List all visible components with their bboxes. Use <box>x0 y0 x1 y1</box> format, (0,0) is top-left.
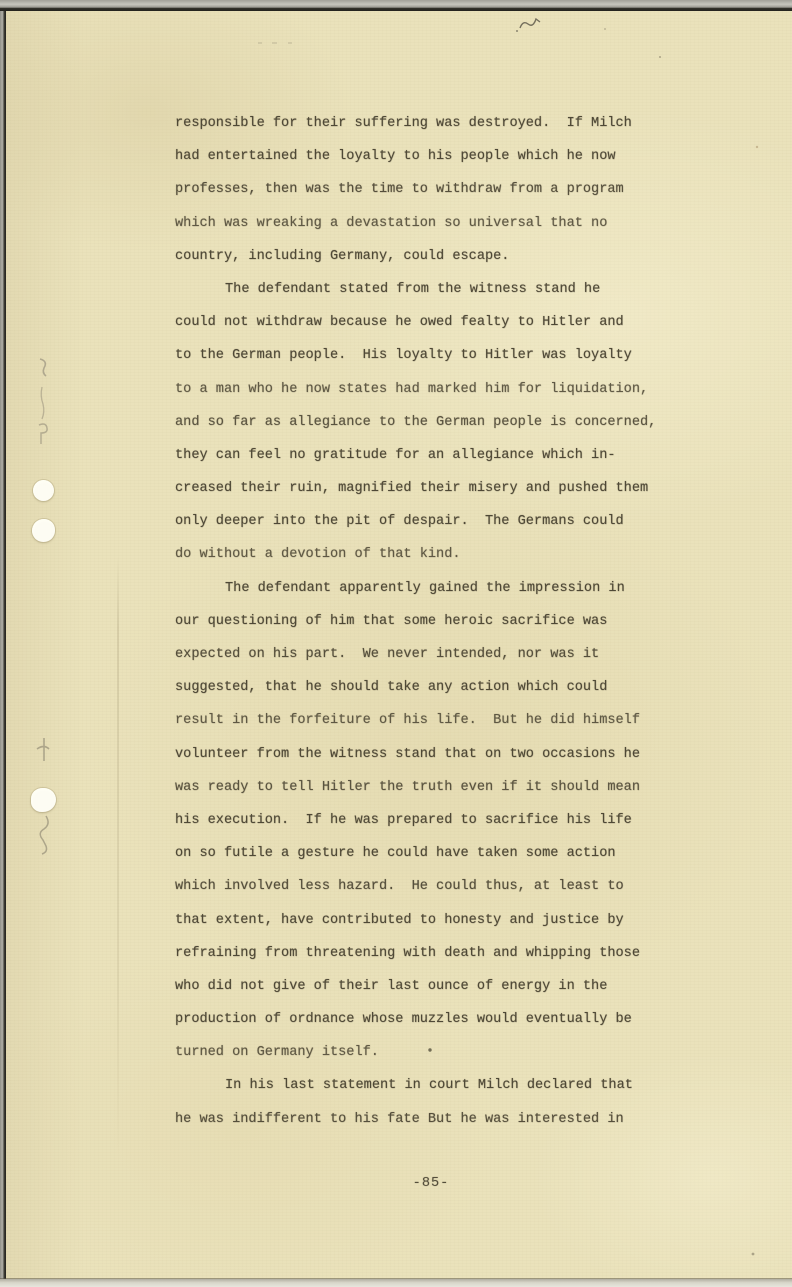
text-line: In his last statement in court Milch dec… <box>175 1069 695 1102</box>
text-line: The defendant stated from the witness st… <box>175 273 695 306</box>
margin-mark-a <box>40 359 46 376</box>
text-line: which was wreaking a devastation so univ… <box>175 207 695 240</box>
scan-edge-left <box>0 0 6 1287</box>
text-line: The defendant apparently gained the impr… <box>175 572 695 605</box>
text-line: he was indifferent to his fate But he wa… <box>175 1103 695 1136</box>
margin-mark-c <box>39 424 47 444</box>
text-line: who did not give of their last ounce of … <box>175 970 695 1003</box>
text-line: turned on Germany itself. <box>175 1036 695 1069</box>
text-line: our questioning of him that some heroic … <box>175 605 695 638</box>
punch-hole-middle <box>32 519 55 542</box>
text-line: expected on his part. We never intended,… <box>175 638 695 671</box>
text-line: result in the forfeiture of his life. Bu… <box>175 704 695 737</box>
text-line: production of ordnance whose muzzles wou… <box>175 1003 695 1036</box>
text-line: his execution. If he was prepared to sac… <box>175 804 695 837</box>
paper-sheet: responsible for their suffering was dest… <box>6 11 792 1279</box>
text-line: on so futile a gesture he could have tak… <box>175 837 695 870</box>
text-line: could not withdraw because he owed fealt… <box>175 306 695 339</box>
text-line: that extent, have contributed to honesty… <box>175 904 695 937</box>
text-line: they can feel no gratitude for an allegi… <box>175 439 695 472</box>
punch-hole-top <box>33 480 54 501</box>
margin-mark-d <box>37 738 49 761</box>
scan-edge-top <box>0 0 792 11</box>
scan-edge-bottom <box>0 1279 792 1287</box>
text-line: responsible for their suffering was dest… <box>175 107 695 140</box>
pencil-squiggle-top <box>520 19 540 28</box>
margin-mark-b <box>41 387 44 419</box>
page-number: -85- <box>38 1176 792 1191</box>
text-line: refraining from threatening with death a… <box>175 937 695 970</box>
text-line: creased their ruin, magnified their mise… <box>175 472 695 505</box>
margin-mark-e <box>40 816 48 854</box>
text-line: professes, then was the time to withdraw… <box>175 173 695 206</box>
text-line: country, including Germany, could escape… <box>175 240 695 273</box>
text-line: to the German people. His loyalty to Hit… <box>175 339 695 372</box>
text-line: was ready to tell Hitler the truth even … <box>175 771 695 804</box>
text-line: suggested, that he should take any actio… <box>175 671 695 704</box>
text-line: and so far as allegiance to the German p… <box>175 406 695 439</box>
punch-hole-bottom <box>31 788 56 812</box>
text-line: do without a devotion of that kind. <box>175 538 695 571</box>
typed-text-block: responsible for their suffering was dest… <box>175 107 695 1136</box>
text-line: to a man who he now states had marked hi… <box>175 373 695 406</box>
text-line: only deeper into the pit of despair. The… <box>175 505 695 538</box>
text-line: volunteer from the witness stand that on… <box>175 738 695 771</box>
text-line: which involved less hazard. He could thu… <box>175 870 695 903</box>
text-line: had entertained the loyalty to his peopl… <box>175 140 695 173</box>
